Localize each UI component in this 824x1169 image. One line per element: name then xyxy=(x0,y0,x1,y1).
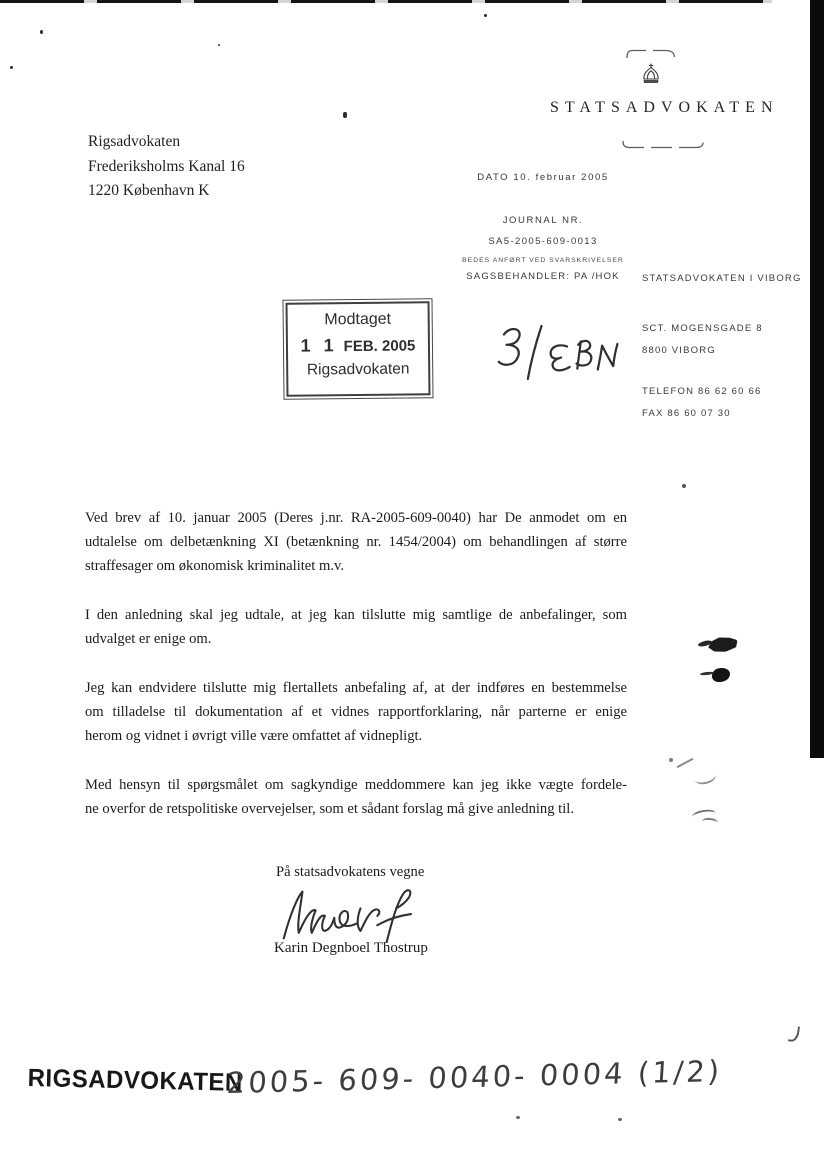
letterhead-org-name: STATSADVOKATEN xyxy=(550,99,776,117)
faint-scan-mark xyxy=(702,817,719,827)
signer-name: Karin Degnboel Thostrup xyxy=(274,940,428,957)
signature-on-behalf: På statsadvokatens vegne xyxy=(276,864,424,881)
faint-scan-mark xyxy=(677,758,694,768)
received-stamp-org: Rigsadvokaten xyxy=(288,360,428,379)
recipient-street: Frederiksholms Kanal 16 xyxy=(88,155,245,180)
office-fax: FAX 86 60 07 30 xyxy=(642,408,802,419)
handwritten-initials xyxy=(492,320,620,395)
scan-speck xyxy=(343,112,347,118)
faint-scan-mark xyxy=(669,758,673,762)
received-stamp: Modtaget 1 1FEB. 2005 Rigsadvokaten xyxy=(286,301,431,397)
footer-rigsadvokaten-stamp: RIGSADVOKATEN xyxy=(27,1064,243,1098)
received-stamp-date: 1 1FEB. 2005 xyxy=(288,334,428,356)
body-line: I den anledning skal jeg udtale, at jeg … xyxy=(85,603,627,627)
ink-smudge xyxy=(707,635,739,654)
paragraph-2: I den anledning skal jeg udtale, at jeg … xyxy=(85,603,627,651)
recipient-name: Rigsadvokaten xyxy=(88,130,245,155)
scan-speck xyxy=(484,14,487,17)
body-line: udtalelse om delbetænkning XI (betænknin… xyxy=(85,530,627,554)
body-line: om tilladelse til dokumentation af et vi… xyxy=(85,700,627,724)
journal-note: BEDES ANFØRT VED SVARSKRIVELSER xyxy=(458,257,628,264)
caseworker-line: SAGSBEHANDLER: PA /HOK xyxy=(458,271,628,282)
faint-scan-mark xyxy=(693,768,718,787)
scan-speck xyxy=(218,44,220,46)
body-line: Med hensyn til spørgsmålet om sagkyndige… xyxy=(85,773,627,797)
crown-icon xyxy=(638,62,664,93)
office-name: STATSADVOKATEN I VIBORG xyxy=(642,273,802,284)
office-phone: TELEFON 86 62 60 66 xyxy=(642,386,802,397)
scan-edge-top xyxy=(0,0,772,3)
recipient-address: Rigsadvokaten Frederiksholms Kanal 16 12… xyxy=(88,130,245,204)
letterhead-bracket-bottom xyxy=(622,137,706,155)
letter-meta: DATO 10. februar 2005 JOURNAL NR. SA5-20… xyxy=(458,172,628,282)
paragraph-1: Ved brev af 10. januar 2005 (Deres j.nr.… xyxy=(85,506,627,578)
body-line: herom og vidnet i øvrigt ville være omfa… xyxy=(85,724,627,748)
paragraph-3: Jeg kan endvidere tilslutte mig flertall… xyxy=(85,676,627,748)
office-address: STATSADVOKATEN I VIBORG SCT. MOGENSGADE … xyxy=(642,273,802,419)
office-city: 8800 VIBORG xyxy=(642,345,802,356)
body-line: ne overfor de retspolitiske overvejelser… xyxy=(85,797,627,821)
letter-body: Ved brev af 10. januar 2005 (Deres j.nr.… xyxy=(85,506,627,846)
body-line: Ved brev af 10. januar 2005 (Deres j.nr.… xyxy=(85,506,627,530)
office-street: SCT. MOGENSGADE 8 xyxy=(642,323,802,334)
journal-number: SA5-2005-609-0013 xyxy=(458,236,628,247)
body-line: Jeg kan endvidere tilslutte mig flertall… xyxy=(85,676,627,700)
paragraph-4: Med hensyn til spørgsmålet om sagkyndige… xyxy=(85,773,627,821)
ink-smudge xyxy=(712,668,730,682)
received-stamp-month-year: FEB. 2005 xyxy=(344,337,416,355)
scanned-letter-page: STATSADVOKATEN Rigsadvokaten Frederiksho… xyxy=(0,0,824,1169)
handwritten-case-number: 2005- 609- 0040- 0004 (1/2) xyxy=(226,1052,818,1100)
received-stamp-day: 1 1 xyxy=(300,335,337,355)
stray-pen-mark xyxy=(788,1025,800,1042)
scan-speck xyxy=(682,484,686,488)
recipient-city: 1220 København K xyxy=(88,179,245,204)
date-line: DATO 10. februar 2005 xyxy=(458,172,628,183)
scan-edge-right xyxy=(810,0,824,758)
received-stamp-title: Modtaget xyxy=(288,310,428,329)
scan-speck xyxy=(10,66,13,69)
journal-label: JOURNAL NR. xyxy=(458,215,628,226)
scan-speck xyxy=(618,1118,622,1121)
scan-speck xyxy=(516,1116,520,1119)
body-line: straffesager om økonomisk kriminalitet m… xyxy=(85,554,627,578)
body-line: udvalget er enige om. xyxy=(85,627,627,651)
scan-speck xyxy=(40,30,43,34)
